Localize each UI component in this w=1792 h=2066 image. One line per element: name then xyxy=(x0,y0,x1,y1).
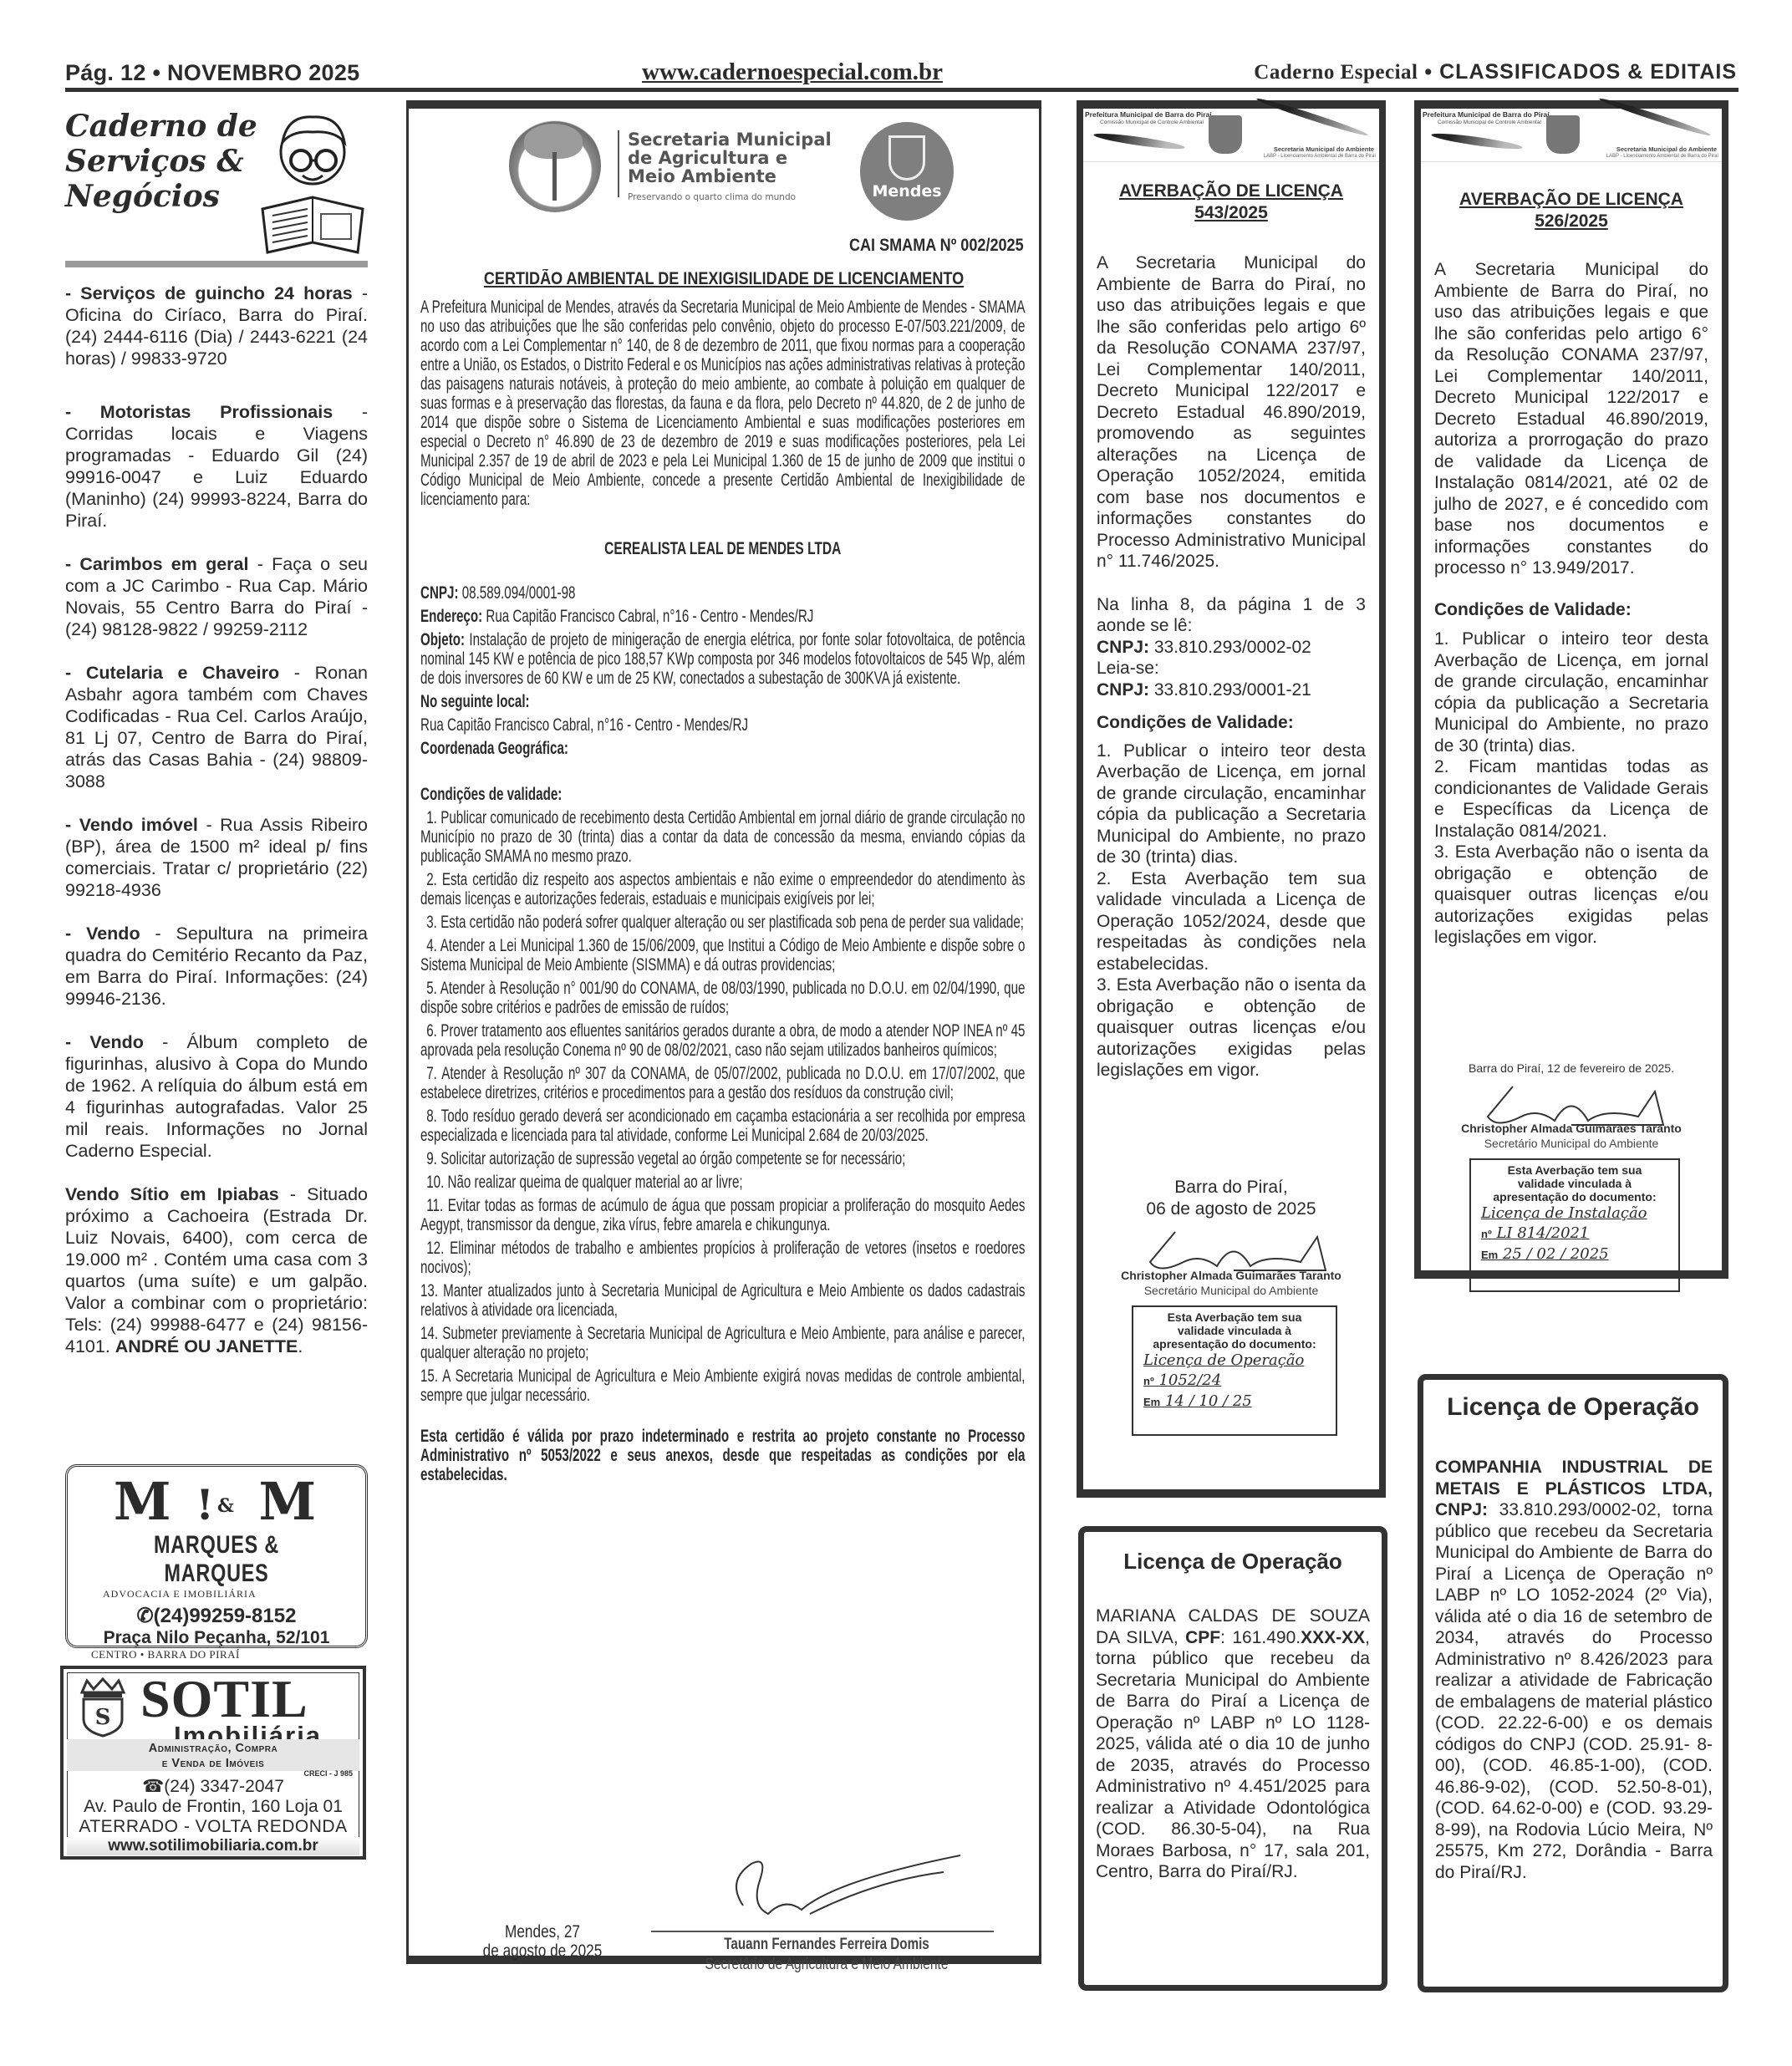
averbacao-543-notice: Prefeitura Municipal de Barra do Piraí C… xyxy=(1077,100,1386,1498)
licenca-text: 33.810.293/0002-02, torna público que re… xyxy=(1435,1500,1713,1882)
title-line: AVERBAÇÃO DE LICENÇA xyxy=(1421,189,1722,211)
condition-item: 2. Esta certidão diz respeito aos aspect… xyxy=(420,870,1025,908)
condition-item: 9. Solicitar autorização de supressão ve… xyxy=(420,1149,1025,1168)
certidao-body: A Prefeitura Municipal de Mendes, atravé… xyxy=(420,298,1025,1484)
ad-subtitle: ADVOCACIA E IMOBILIÁRIA xyxy=(68,1588,365,1600)
classified-ad: - Serviços de guincho 24 horas - Oficina… xyxy=(65,282,368,369)
cnpj-field: CNPJ: 08.589.094/0001-98 xyxy=(420,583,1025,603)
conditions-label: Condições de validade: xyxy=(420,785,1025,804)
ad-heading: Vendo Sítio em Ipiabas xyxy=(65,1184,279,1204)
ad-contact-names: ANDRÉ OU JANETTE xyxy=(115,1336,298,1356)
ad-website[interactable]: www.sotilimobiliaria.com.br xyxy=(67,1837,359,1855)
place-line: Mendes, 27 xyxy=(481,1922,604,1941)
ad-heading: - Serviços de guincho 24 horas xyxy=(65,283,353,303)
field-label: Endereço: xyxy=(420,607,482,626)
endereco-field: Endereço: Rua Capitão Francisco Cabral, … xyxy=(420,607,1025,626)
barra-do-pirai-logo: Prefeitura Municipal de Barra do Piraí C… xyxy=(1421,109,1722,162)
averbacao-intro: A Secretaria Municipal do Ambiente de Ba… xyxy=(1097,252,1366,572)
ad-heading: - Vendo xyxy=(65,924,140,944)
marques-logo: M !& M xyxy=(68,1473,365,1534)
licenca-title: Licença de Operação xyxy=(1423,1393,1723,1422)
signer-name: Christopher Almada Guimarães Taranto xyxy=(1083,1269,1379,1282)
averbacao-title: AVERBAÇÃO DE LICENÇA 543/2025 xyxy=(1083,181,1379,224)
classified-ad: - Carimbos em geral - Faça o seu com a J… xyxy=(65,553,368,640)
licenca-body: COMPANHIA INDUSTRIAL DE METAIS E PLÁSTIC… xyxy=(1435,1457,1713,1883)
stamp-number: nº LI 814/2021 xyxy=(1471,1224,1678,1244)
condition-item: 7. Atender à Resolução nº 307 da CONAMA,… xyxy=(420,1064,1025,1102)
title-number: 526/2025 xyxy=(1421,211,1722,232)
secretaria-line: de Agricultura e xyxy=(628,149,832,167)
stamp-number: nº 1052/24 xyxy=(1133,1371,1336,1392)
stamp-handwritten-date: 25 / 02 / 2025 xyxy=(1503,1245,1609,1263)
ad-heading: - Vendo imóvel xyxy=(65,815,198,835)
certidao-place-date: Mendes, 27 de agosto de 2025 xyxy=(481,1922,604,1961)
certidao-number: CAI SMAMA Nº 002/2025 xyxy=(849,236,1024,256)
cpf-value: : 161.490. xyxy=(1220,1628,1301,1647)
averbacao-intro: A Secretaria Municipal do Ambiente de Ba… xyxy=(1434,259,1708,579)
comissao-name: Comissão Municipal de Controle Ambiental xyxy=(1438,120,1541,125)
condition-item: 15. A Secretaria Municipal de Agricultur… xyxy=(420,1366,1025,1405)
ad-heading: - Cutelaria e Chaveiro xyxy=(65,663,279,683)
field-label: Coordenada Geográfica: xyxy=(420,739,568,758)
validity-stamp: Esta Averbação tem sua validade vinculad… xyxy=(1132,1305,1337,1436)
ad-heading: - Vendo xyxy=(65,1032,144,1052)
stamp-label: nº xyxy=(1143,1375,1154,1387)
date-line: de agosto de 2025 xyxy=(481,1941,604,1961)
svg-text:S: S xyxy=(95,1705,111,1730)
ad-heading: - Carimbos em geral xyxy=(65,554,248,574)
scale-icon: ! xyxy=(196,1480,217,1529)
secretaria-line: Secretaria Municipal xyxy=(628,130,832,149)
stamp-handwritten-doc: Licença de Operação xyxy=(1133,1351,1336,1371)
logo-letter: M xyxy=(259,1471,320,1532)
licenca-body: MARIANA CALDAS DE SOUZA DA SILVA, CPF: 1… xyxy=(1096,1605,1370,1883)
date-line: 06 de agosto de 2025 xyxy=(1083,1198,1379,1220)
ad-address: Praça Nilo Peçanha, 52/101 xyxy=(68,1628,365,1648)
page-number-date: Pág. 12 • NOVEMBRO 2025 xyxy=(65,60,359,86)
secretaria-name: Secretaria Municipal de Agricultura e Me… xyxy=(628,130,832,186)
condition-item: 5. Atender à Resolução n° 001/90 do CONA… xyxy=(420,979,1025,1017)
stamp-line: Esta Averbação tem sua xyxy=(1471,1163,1678,1177)
condition-item: 1. Publicar comunicado de recebimento de… xyxy=(420,808,1025,866)
stamp-date: Em 25 / 02 / 2025 xyxy=(1471,1244,1678,1265)
whatsapp-icon: ✆ xyxy=(137,1605,154,1627)
field-label: Objeto: xyxy=(420,630,465,649)
ad-district: ATERRADO - VOLTA REDONDA xyxy=(64,1817,363,1837)
ad-marques-marques[interactable]: M !& M MARQUES & MARQUES ADVOCACIA E IMO… xyxy=(65,1464,368,1648)
stamp-handwritten-date: 14 / 10 / 25 xyxy=(1165,1392,1252,1410)
condition-item: 10. Não realizar queima de qualquer mate… xyxy=(420,1173,1025,1192)
labp-name: LABP - Licenciamento Ambiental de Barra … xyxy=(1264,154,1376,159)
field-label: No seguinte local: xyxy=(420,692,530,711)
averbacao-title: AVERBAÇÃO DE LICENÇA 526/2025 xyxy=(1421,189,1722,232)
ad-body: - Situado próximo a Cachoeira (Estrada D… xyxy=(65,1184,368,1356)
phone-number: (24)99259-8152 xyxy=(154,1605,297,1627)
averbacao-body: A Secretaria Municipal do Ambiente de Ba… xyxy=(1097,252,1366,1081)
signer-name: Christopher Almada Guimarães Taranto xyxy=(1421,1122,1722,1135)
condition-item: 11. Evitar todas as formas de acúmulo de… xyxy=(420,1196,1025,1234)
place-line: Barra do Piraí, xyxy=(1083,1177,1379,1198)
cnpj-new: CNPJ: 33.810.293/0001-21 xyxy=(1097,679,1366,701)
field-label: CNPJ: xyxy=(1097,638,1149,657)
coord-label: Coordenada Geográfica: xyxy=(420,739,1025,758)
stamp-handwritten-number: LI 814/2021 xyxy=(1496,1224,1589,1242)
tagline-line: Administração, Compra xyxy=(67,1741,359,1756)
ad-city: CENTRO • BARRA DO PIRAÍ xyxy=(68,1648,365,1661)
licenca-operacao-mariana: Licença de Operação MARIANA CALDAS DE SO… xyxy=(1078,1526,1387,1991)
secretaria-line: Meio Ambiente xyxy=(628,167,832,186)
tree-logo-icon xyxy=(509,119,601,212)
certidao-notice: Secretaria Municipal de Agricultura e Me… xyxy=(406,100,1041,1964)
section-name: • CLASSIFICADOS & EDITAIS xyxy=(1418,60,1737,84)
classifieds-column: Caderno de Serviços & Negócios - Serviço… xyxy=(65,109,368,1357)
classified-ad: - Vendo - Sepultura na primeira quadra d… xyxy=(65,923,368,1010)
certidao-signature: Mendes, 27 de agosto de 2025 Tauann Fern… xyxy=(409,1830,1039,1956)
cpf-label: CPF xyxy=(1185,1628,1220,1647)
ad-brand: SOTIL xyxy=(140,1672,308,1726)
comissao-name: Comissão Municipal de Controle Ambiental xyxy=(1100,120,1204,125)
prefeitura-name: Prefeitura Municipal de Barra do Piraí xyxy=(1085,110,1212,119)
local-value: Rua Capitão Francisco Cabral, n°16 - Cen… xyxy=(420,715,1025,735)
field-value: Instalação de projeto de minigeração de … xyxy=(420,630,1025,688)
correction-note: Na linha 8, da página 1 de 3 aonde se lê… xyxy=(1097,594,1366,637)
local-label: No seguinte local: xyxy=(420,692,1025,711)
certidao-intro: A Prefeitura Municipal de Mendes, atravé… xyxy=(420,298,1025,509)
mendes-logo-icon: Mendes xyxy=(860,122,954,221)
signature-line xyxy=(651,1931,994,1932)
condition-item: 2. Ficam mantidas todas as condicionante… xyxy=(1434,756,1708,842)
licenca-title: Licença de Operação xyxy=(1084,1549,1382,1575)
masthead-rule xyxy=(65,261,368,267)
prefeitura-name: Prefeitura Municipal de Barra do Piraí xyxy=(1423,110,1550,119)
condition-item: 1. Publicar o inteiro teor desta Averbaç… xyxy=(1097,740,1366,868)
field-value: 33.810.293/0002-02 xyxy=(1149,638,1311,657)
certidao-validity: Esta certidão é válida por prazo indeter… xyxy=(420,1427,1025,1484)
company-name: CEREALISTA LEAL DE MENDES LTDA xyxy=(420,539,1025,558)
stamp-label: Em xyxy=(1481,1249,1498,1261)
secretaria-name: Secretaria Municipal do Ambiente xyxy=(1616,145,1717,153)
averbacao-526-notice: Prefeitura Municipal de Barra do Piraí C… xyxy=(1414,100,1728,1279)
cnpj-old: CNPJ: 33.810.293/0002-02 xyxy=(1097,637,1366,659)
conditions-label: Condições de Validade: xyxy=(1097,712,1366,734)
title-number: 543/2025 xyxy=(1083,202,1379,224)
signer-role: Secretário de Agricultura e Meio Ambient… xyxy=(676,1956,978,1974)
title-line: AVERBAÇÃO DE LICENÇA xyxy=(1083,181,1379,202)
averbacao-place-date: Barra do Piraí, 12 de fevereiro de 2025. xyxy=(1421,1061,1722,1075)
secretaria-name: Secretaria Municipal do Ambiente xyxy=(1274,145,1374,153)
leia-se: Leia-se: xyxy=(1097,658,1366,679)
classified-ad: - Motoristas Profissionais - Corridas lo… xyxy=(65,401,368,532)
ad-phone: ☎(24) 3347-2047 xyxy=(64,1776,363,1797)
averbacao-place-date: Barra do Piraí, 06 de agosto de 2025 xyxy=(1083,1177,1379,1220)
condition-item: 3. Esta certidão não poderá sofrer qualq… xyxy=(420,913,1025,932)
phone-number: (24) 3347-2047 xyxy=(164,1777,284,1796)
crown-shield-icon: S xyxy=(79,1677,127,1738)
signer-role: Secretário Municipal do Ambiente xyxy=(1421,1137,1722,1150)
barra-do-pirai-logo: Prefeitura Municipal de Barra do Piraí C… xyxy=(1083,109,1379,162)
logo-divider xyxy=(618,130,619,197)
secretaria-tagline: Preservando o quarto clima do mundo xyxy=(628,192,796,202)
objeto-field: Objeto: Instalação de projeto de miniger… xyxy=(420,630,1025,688)
condition-item: 4. Atender a Lei Municipal 1.360 de 15/0… xyxy=(420,936,1025,974)
signer-role: Secretário Municipal do Ambiente xyxy=(1083,1284,1379,1297)
condition-item: 3. Esta Averbação não o isenta da obriga… xyxy=(1434,842,1708,949)
stamp-handwritten-doc: Licença de Instalação xyxy=(1471,1203,1678,1224)
licenca-operacao-companhia: Licença de Operação COMPANHIA INDUSTRIAL… xyxy=(1418,1374,1728,1992)
averbacao-body: A Secretaria Municipal do Ambiente de Ba… xyxy=(1434,259,1708,949)
condition-item: 2. Esta Averbação tem sua validade vincu… xyxy=(1097,868,1366,975)
brand-name: Caderno Especial xyxy=(1254,61,1418,84)
stamp-line: apresentação do documento: xyxy=(1133,1337,1336,1351)
signature-icon xyxy=(710,1847,985,1931)
validity-stamp: Esta Averbação tem sua validade vinculad… xyxy=(1469,1158,1680,1292)
condition-item: 6. Prover tratamento aos efluentes sanit… xyxy=(420,1021,1025,1060)
condition-item: 12. Eliminar métodos de trabalho e ambie… xyxy=(420,1239,1025,1277)
field-label: Condições de validade: xyxy=(420,785,562,804)
signer-name: Tauann Fernandes Ferreira Domis xyxy=(680,1936,974,1954)
classified-ad: - Vendo - Álbum completo de figurinhas, … xyxy=(65,1031,368,1162)
ad-phone: ✆(24)99259-8152 xyxy=(68,1604,365,1628)
ad-tagline: Administração, Compra e Venda de Imóveis xyxy=(67,1739,359,1771)
condition-item: 8. Todo resíduo gerado deverá ser acondi… xyxy=(420,1107,1025,1145)
header-rule xyxy=(65,88,1739,92)
stamp-label: Em xyxy=(1143,1396,1160,1408)
conditions-label: Condições de Validade: xyxy=(1434,599,1708,621)
ad-address: Av. Paulo de Frontin, 160 Loja 01 xyxy=(64,1797,363,1817)
condition-item: 1. Publicar o inteiro teor desta Averbaç… xyxy=(1434,628,1708,756)
condition-item: 3. Esta Averbação não o isenta da obriga… xyxy=(1097,974,1366,1081)
telephone-icon: ☎ xyxy=(142,1777,164,1796)
coat-of-arms-icon xyxy=(1546,115,1580,154)
coat-of-arms-icon xyxy=(1209,115,1242,154)
reading-boy-icon xyxy=(254,109,371,255)
stamp-line: validade vinculada à xyxy=(1471,1177,1678,1190)
field-value: Rua Capitão Francisco Cabral, n°16 - Cen… xyxy=(482,607,813,626)
stamp-label: nº xyxy=(1481,1228,1492,1240)
stamp-line: apresentação do documento: xyxy=(1471,1190,1678,1203)
stamp-handwritten-number: 1052/24 xyxy=(1158,1371,1221,1389)
ad-company-name: MARQUES & MARQUES xyxy=(100,1531,333,1588)
stamp-date: Em 14 / 10 / 25 xyxy=(1133,1392,1336,1412)
certidao-logos: Secretaria Municipal de Agricultura e Me… xyxy=(409,109,1039,226)
website-link[interactable]: www.cadernoespecial.com.br xyxy=(642,59,943,86)
ad-heading: - Motoristas Profissionais xyxy=(65,402,333,422)
field-label: CNPJ: xyxy=(420,583,458,603)
ad-sotil-imobiliaria[interactable]: S SOTIL Imobiliária Administração, Compr… xyxy=(60,1666,366,1860)
ad-body: . xyxy=(298,1336,303,1356)
masthead: Caderno de Serviços & Negócios xyxy=(65,109,368,259)
classified-ad: - Vendo imóvel - Rua Assis Ribeiro (BP),… xyxy=(65,814,368,901)
field-value: 33.810.293/0001-21 xyxy=(1149,680,1311,700)
field-value: 08.589.094/0001-98 xyxy=(458,583,575,603)
section-label: Caderno Especial • CLASSIFICADOS & EDITA… xyxy=(1254,60,1737,84)
cpf-masked: XXX-XX xyxy=(1301,1628,1365,1647)
logo-amp: & xyxy=(217,1495,237,1517)
certidao-title: CERTIDÃO AMBIENTAL DE INEXIGISILIDADE DE… xyxy=(453,269,995,289)
field-label: CNPJ: xyxy=(1097,680,1149,700)
condition-item: 14. Submeter previamente à Secretaria Mu… xyxy=(420,1324,1025,1362)
licenca-text: , torna público que recebeu da Secretari… xyxy=(1096,1628,1370,1882)
labp-name: LABP - Licenciamento Ambiental de Barra … xyxy=(1606,154,1718,159)
classified-ad: - Cutelaria e Chaveiro - Ronan Asbahr ag… xyxy=(65,662,368,792)
classified-ad: Vendo Sítio em Ipiabas - Situado próximo… xyxy=(65,1183,368,1357)
stamp-line: Esta Averbação tem sua xyxy=(1133,1310,1336,1324)
mendes-word: Mendes xyxy=(860,182,954,201)
logo-letter: M xyxy=(114,1471,175,1532)
condition-item: 13. Manter atualizados junto à Secretari… xyxy=(420,1281,1025,1320)
stamp-line: validade vinculada à xyxy=(1133,1324,1336,1337)
